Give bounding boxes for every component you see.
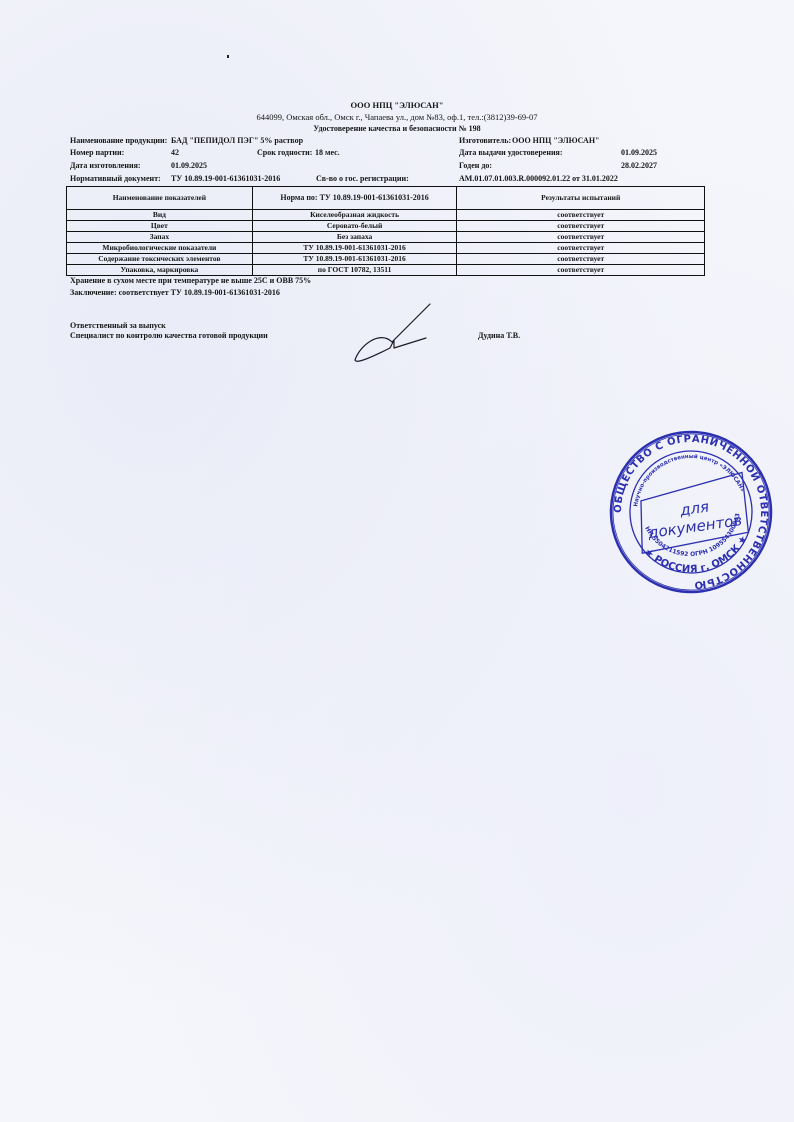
norm-cell: Серовато-белый <box>252 221 457 232</box>
responsible-label: Ответственный за выпуск <box>70 321 166 330</box>
norm-cell: ТУ 10.89.19-001-61361031-2016 <box>252 243 457 254</box>
mfg-date-value: 01.09.2025 <box>171 161 207 170</box>
indicator-cell: Вид <box>67 210 253 221</box>
document-title: Удостоверение качества и безопасности № … <box>0 124 794 133</box>
manufacturer-value: ООО НПЦ "ЭЛЮСАН" <box>512 136 600 145</box>
company-name: ООО НПЦ "ЭЛЮСАН" <box>0 100 794 110</box>
results-table: Наименование показателей Норма по: ТУ 10… <box>66 186 705 276</box>
table-row: Упаковка, маркировкапо ГОСТ 10782, 13511… <box>67 265 705 276</box>
header-result: Результаты испытаний <box>457 187 705 210</box>
mfg-date-label: Дата изготовления: <box>70 161 141 170</box>
shelf-life-label: Срок годности: <box>257 148 312 157</box>
table-row: Микробиологические показателиТУ 10.89.19… <box>67 243 705 254</box>
table-row: ВидКиселеобразная жидкостьсоответствует <box>67 210 705 221</box>
result-cell: соответствует <box>457 232 705 243</box>
registration-value: AM.01.07.01.003.R.000092.01.22 от 31.01.… <box>459 174 618 183</box>
result-cell: соответствует <box>457 210 705 221</box>
norm-cell: по ГОСТ 10782, 13511 <box>252 265 457 276</box>
indicator-cell: Запах <box>67 232 253 243</box>
result-cell: соответствует <box>457 243 705 254</box>
position-label: Специалист по контролю качества готовой … <box>70 331 268 340</box>
valid-until-label: Годен до: <box>459 161 492 170</box>
header-indicator: Наименование показателей <box>67 187 253 210</box>
conclusion: Заключение: соответствует ТУ 10.89.19-00… <box>70 288 280 297</box>
signature <box>350 300 440 366</box>
issue-date-value: 01.09.2025 <box>621 148 657 157</box>
norm-cell: Киселеобразная жидкость <box>252 210 457 221</box>
company-stamp: ОБЩЕСТВО С ОГРАНИЧЕННОЙ ОТВЕТСТВЕННОСТЬЮ… <box>607 428 775 596</box>
indicator-cell: Микробиологические показатели <box>67 243 253 254</box>
product-value: БАД "ПЕПИДОЛ ПЭГ" 5% раствор <box>171 136 303 145</box>
header-norm: Норма по: ТУ 10.89.19-001-61361031-2016 <box>252 187 457 210</box>
norm-cell: ТУ 10.89.19-001-61361031-2016 <box>252 254 457 265</box>
batch-value: 42 <box>171 148 179 157</box>
shelf-life-value: 18 мес. <box>315 148 340 157</box>
table-row: ЗапахБез запахасоответствует <box>67 232 705 243</box>
storage-note: Хранение в сухом месте при температуре н… <box>70 276 311 285</box>
manufacturer-label: Изготовитель: <box>459 136 511 145</box>
table-row: ЦветСеровато-белыйсоответствует <box>67 221 705 232</box>
scan-speck <box>227 55 229 58</box>
norm-doc-label: Нормативный документ: <box>70 174 161 183</box>
norm-doc-value: ТУ 10.89.19-001-61361031-2016 <box>171 174 280 183</box>
norm-cell: Без запаха <box>252 232 457 243</box>
registration-label: Св-во о гос. регистрации: <box>316 174 409 183</box>
product-label: Наименование продукции: <box>70 136 167 145</box>
indicator-cell: Содержание токсических элементов <box>67 254 253 265</box>
indicator-cell: Цвет <box>67 221 253 232</box>
company-address: 644099, Омская обл., Омск г., Чапаева ул… <box>0 112 794 122</box>
result-cell: соответствует <box>457 254 705 265</box>
result-cell: соответствует <box>457 221 705 232</box>
table-row: Содержание токсических элементовТУ 10.89… <box>67 254 705 265</box>
result-cell: соответствует <box>457 265 705 276</box>
signatory-name: Дудина Т.В. <box>478 331 520 340</box>
table-header-row: Наименование показателей Норма по: ТУ 10… <box>67 187 705 210</box>
batch-label: Номер партии: <box>70 148 124 157</box>
indicator-cell: Упаковка, маркировка <box>67 265 253 276</box>
valid-until-value: 28.02.2027 <box>621 161 657 170</box>
issue-date-label: Дата выдачи удостоверения: <box>459 148 563 157</box>
